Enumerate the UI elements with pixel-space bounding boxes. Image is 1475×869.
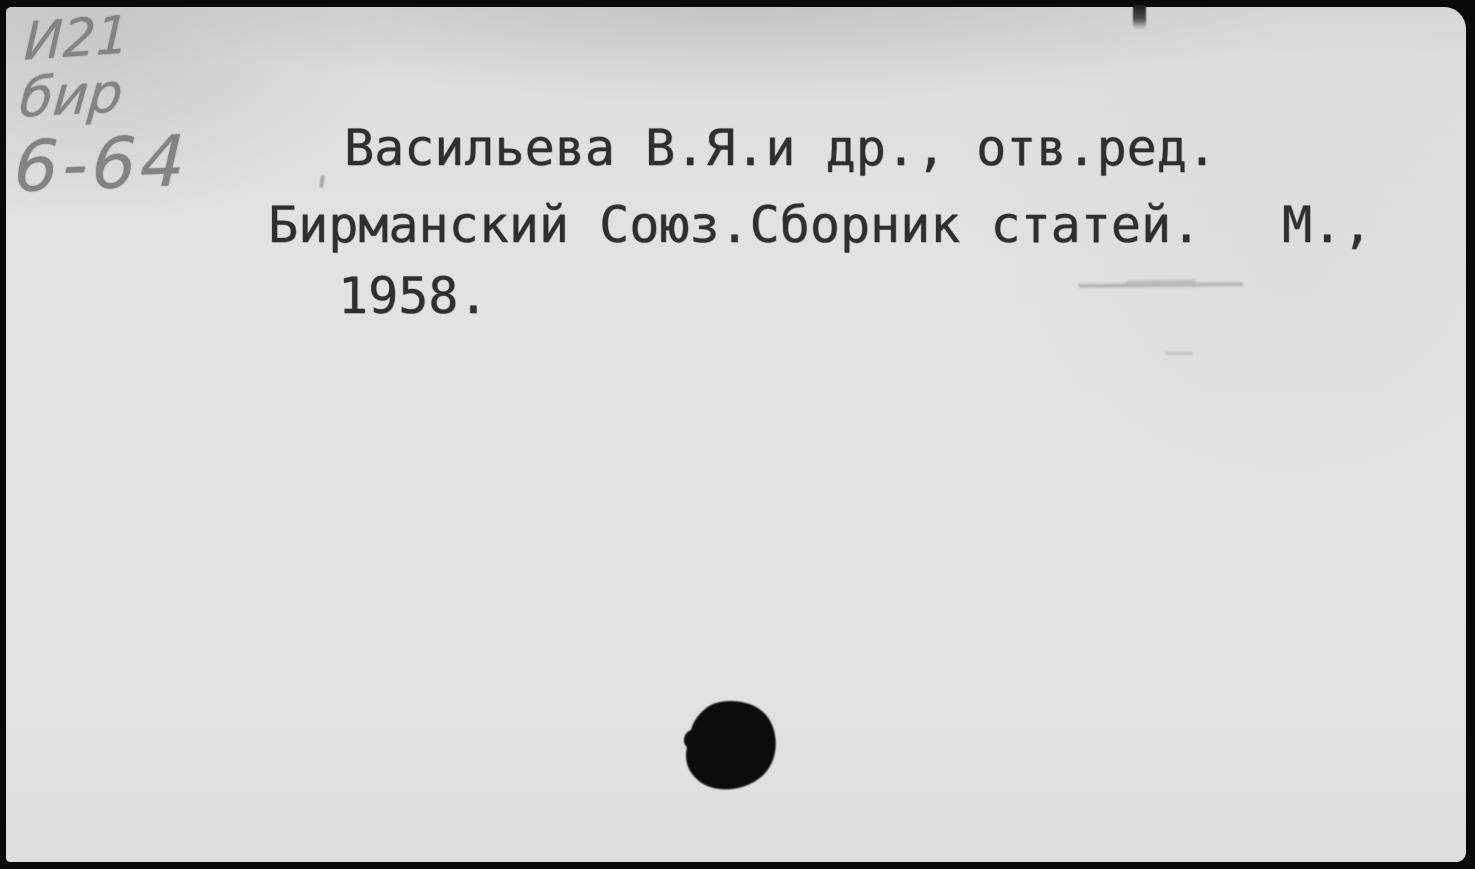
catalog-card-scan: И21 бир 6-64 Васильева В.Я.и др., отв.ре… (0, 0, 1475, 869)
publication-place: М., (1282, 195, 1372, 255)
title-line: Бирманский Союз.Сборник статей. (268, 195, 1201, 255)
handwritten-classmark-line2: бир (18, 66, 125, 126)
ink-smudge-mark (319, 175, 325, 188)
publication-year: 1958. (338, 266, 489, 326)
top-edge-partial-mark (1133, 5, 1146, 30)
catalog-card: И21 бир 6-64 Васильева В.Я.и др., отв.ре… (6, 7, 1466, 862)
author-line: Васильева В.Я.и др., отв.ред. (344, 118, 1217, 178)
hole-punch-blob (672, 695, 786, 797)
handwritten-classmark-line1: И21 (23, 9, 130, 69)
handwritten-classmark-line3: 6-64 (13, 126, 190, 202)
pencil-dash-mark-small (1165, 352, 1193, 355)
hole-punch-mark (672, 695, 786, 801)
